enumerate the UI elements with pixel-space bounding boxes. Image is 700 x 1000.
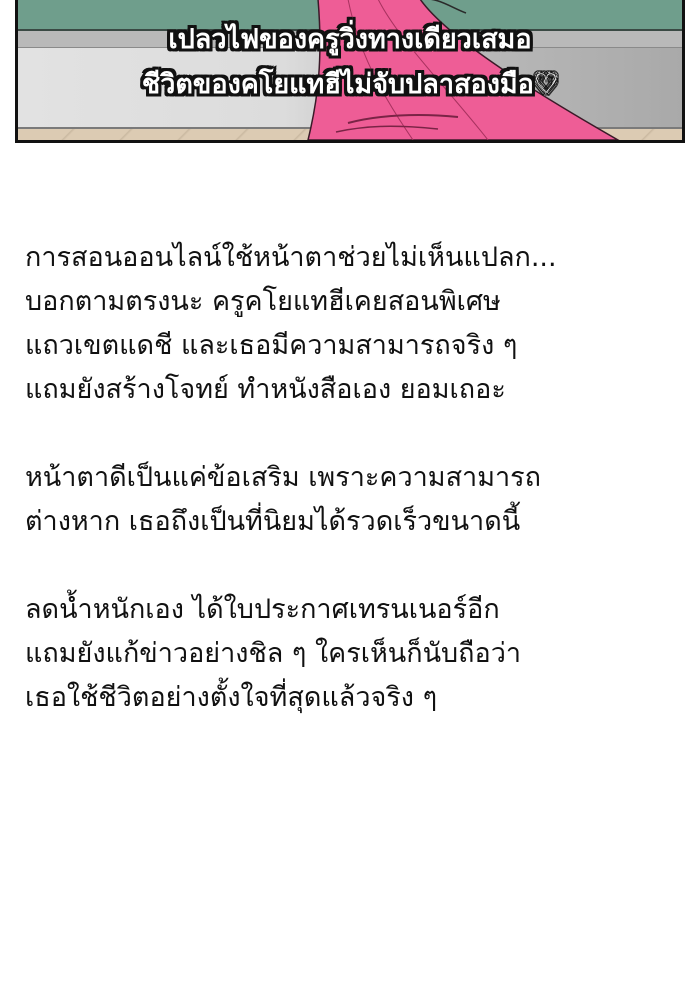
paragraph-line: ลดน้ำหนักเอง ได้ใบประกาศเทรนเนอร์อีก [25, 588, 685, 632]
paragraph-line: แถวเขตแดชี และเธอมีความสามารถจริง ๆ [25, 324, 685, 368]
panel-caption: เปลวไฟของครูวิ่งทางเดียวเสมอ ชีวิตของคโย… [18, 17, 682, 107]
caption-line-1: เปลวไฟของครูวิ่งทางเดียวเสมอ [18, 17, 682, 62]
paragraph-line: บอกตามตรงนะ ครูคโยแทฮีเคยสอนพิเศษ [25, 280, 685, 324]
narration-text: การสอนออนไลน์ใช้หน้าตาช่วยไม่เห็นแปลก...… [25, 236, 685, 764]
paragraph-line: แถมยังสร้างโจทย์ ทำหนังสือเอง ยอมเถอะ [25, 368, 685, 412]
paragraph-line: เธอใช้ชีวิตอย่างตั้งใจที่สุดแล้วจริง ๆ [25, 676, 685, 720]
comic-panel: เปลวไฟของครูวิ่งทางเดียวเสมอ ชีวิตของคโย… [15, 0, 685, 143]
paragraph-line: แถมยังแก้ข่าวอย่างชิล ๆ ใครเห็นก็นับถือว… [25, 632, 685, 676]
paragraph-2: หน้าตาดีเป็นแค่ข้อเสริม เพราะความสามารถ … [25, 456, 685, 544]
paragraph-line: ต่างหาก เธอถึงเป็นที่นิยมได้รวดเร็วขนาดน… [25, 500, 685, 544]
caption-line-2: ชีวิตของคโยแทฮีไม่จับปลาสองมือ♡ [18, 62, 682, 107]
paragraph-line: การสอนออนไลน์ใช้หน้าตาช่วยไม่เห็นแปลก... [25, 236, 685, 280]
paragraph-line: หน้าตาดีเป็นแค่ข้อเสริม เพราะความสามารถ [25, 456, 685, 500]
paragraph-3: ลดน้ำหนักเอง ได้ใบประกาศเทรนเนอร์อีก แถม… [25, 588, 685, 720]
paragraph-1: การสอนออนไลน์ใช้หน้าตาช่วยไม่เห็นแปลก...… [25, 236, 685, 412]
